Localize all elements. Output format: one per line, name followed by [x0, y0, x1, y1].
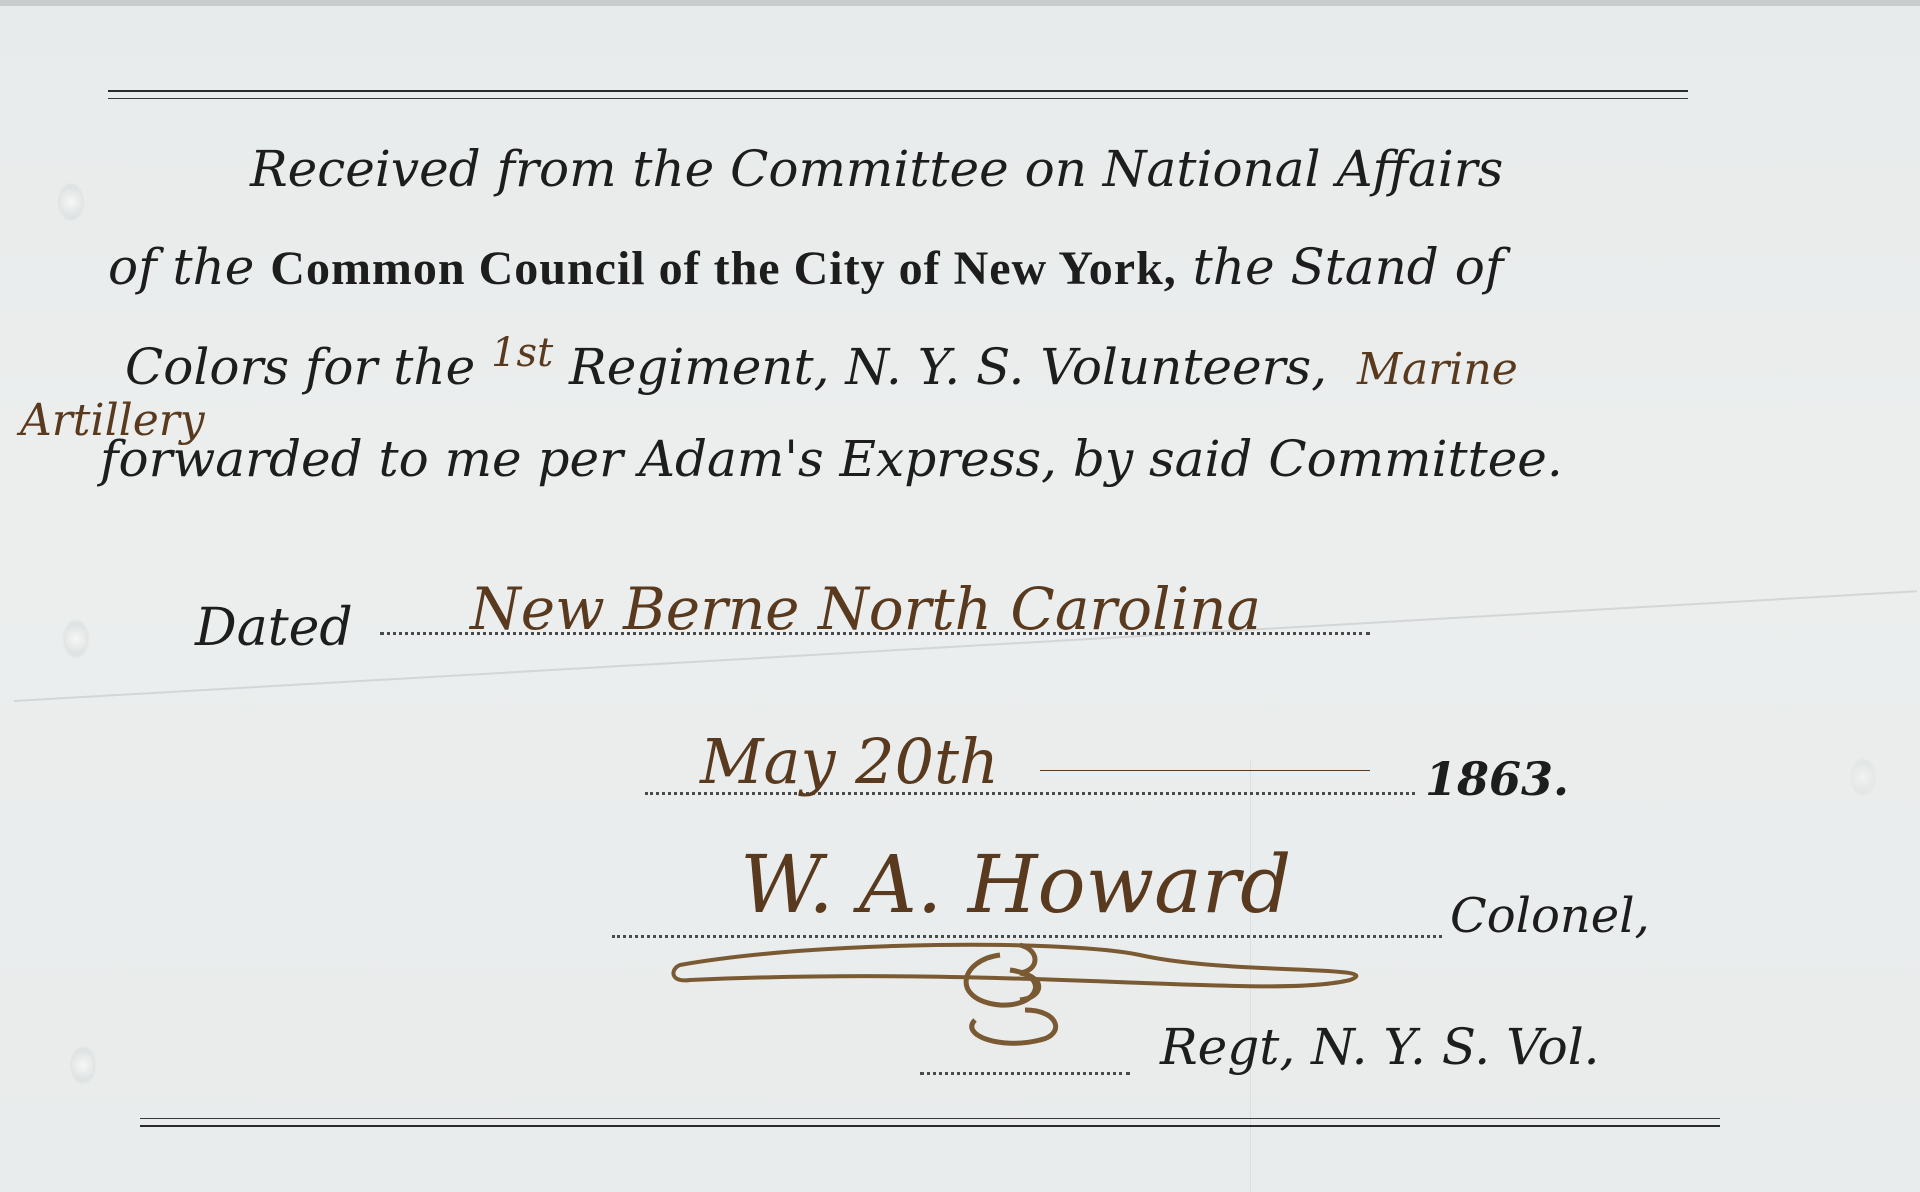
- handwritten-place: New Berne North Carolina: [470, 575, 1261, 643]
- top-rule: [108, 90, 1688, 92]
- line2-suffix: the Stand of: [1177, 238, 1504, 296]
- handwritten-marine: Marine: [1357, 344, 1518, 395]
- printed-line-2: of the Common Council of the City of New…: [108, 238, 1503, 296]
- rank-label: Colonel,: [1450, 888, 1650, 944]
- line3-suffix: Regiment, N. Y. S. Volunteers,: [553, 338, 1327, 396]
- printed-line-4: forwarded to me per Adam's Express, by s…: [100, 430, 1563, 488]
- paper-emboss-mark: [1852, 760, 1874, 794]
- printed-line-1: Received from the Committee on National …: [250, 140, 1503, 198]
- paper-emboss-mark: [60, 185, 82, 219]
- line1-text: Received from the Committee on: [250, 140, 1103, 198]
- common-council-gothic-text: Common Council of the City of New York,: [270, 242, 1177, 295]
- handwritten-regiment-number: 1st: [491, 330, 553, 376]
- top-rule-secondary: [108, 98, 1688, 99]
- handwritten-date: May 20th: [700, 725, 999, 798]
- printed-line-3: Colors for the 1st Regiment, N. Y. S. Vo…: [125, 330, 1518, 396]
- regiment-label: Regt, N. Y. S. Vol.: [1160, 1018, 1600, 1076]
- line4-text: forwarded to me per Adam's Express, by s…: [100, 430, 1563, 488]
- document-paper: Received from the Committee on National …: [0, 0, 1920, 1192]
- line1-text-emphasis: National Affairs: [1103, 140, 1504, 198]
- regiment-dotted-line: [920, 1072, 1130, 1075]
- handwritten-signature: W. A. Howard: [740, 838, 1291, 931]
- paper-emboss-mark: [72, 1048, 94, 1082]
- paper-emboss-mark: [65, 622, 87, 656]
- date-flourish-stroke: [1040, 770, 1370, 771]
- paper-edge: [0, 0, 1920, 6]
- line3-prefix: Colors for the: [125, 338, 491, 396]
- dated-label: Dated: [195, 598, 353, 658]
- line2-prefix: of the: [108, 238, 270, 296]
- bottom-rule: [140, 1125, 1720, 1127]
- year-label: 1863.: [1425, 752, 1569, 806]
- bottom-rule-secondary: [140, 1118, 1720, 1119]
